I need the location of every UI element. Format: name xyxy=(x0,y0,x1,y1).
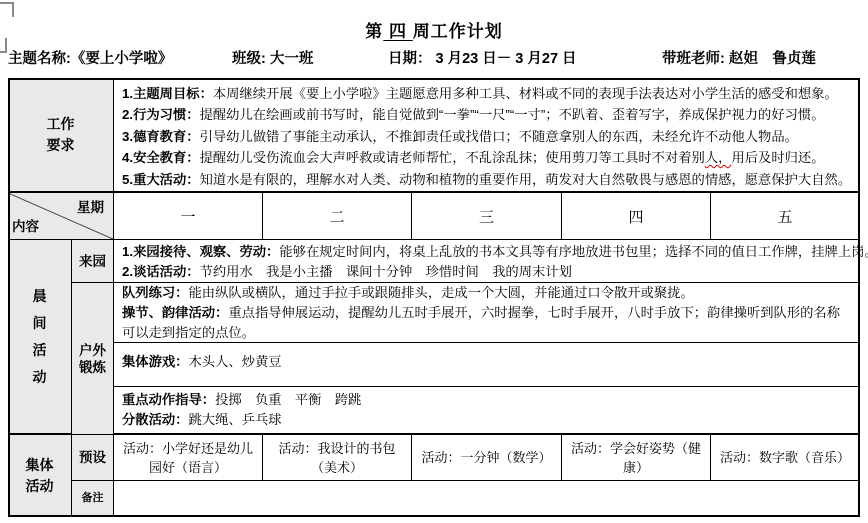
outdoor-label-line1: 户外 xyxy=(79,342,106,359)
drill-line: 队列练习：能由纵队或横队，通过手拉手或跟随排头，走成一个大圆，并能通过口令散开或… xyxy=(122,283,853,303)
arrival-line-2-label: 2.谈话活动： xyxy=(122,264,200,279)
preset-label-cell: 预设 xyxy=(72,435,114,481)
work-requirements-content-cell: 1.主题周目标：本周继续开展《要上小学啦》主题愿意用多种工具、材料或不同的表现手… xyxy=(114,78,860,193)
work-item-1: 1.主题周目标：本周继续开展《要上小学啦》主题愿意用多种工具、材料或不同的表现手… xyxy=(122,83,859,104)
rhythm-line: 操节、韵律活动：重点指导伸展运动，提醒幼儿五时手展开，六时握拳，七时手展开，八时… xyxy=(122,303,853,343)
work-item-5-text: 知道水是有限的，理解水对人类、动物和植物的重要作用，萌发对大自然敬畏与感恩的情感… xyxy=(200,172,852,187)
morning-char-2: 间 xyxy=(33,310,47,337)
rhythm-text: 重点指导伸展运动，提醒幼儿五时手展开，六时握拳，七时手展开，八时手放下；韵律操听… xyxy=(122,305,840,340)
work-item-4-label: 4.安全教育： xyxy=(122,150,200,165)
day-header-tue: 二 xyxy=(263,193,412,240)
key-action-line: 重点动作指导：投掷 负重 平衡 跨跳 xyxy=(122,390,859,410)
work-item-1-text: 本周继续开展《要上小学啦》主题愿意用多种工具、材料或不同的表现手法表达对小学生活… xyxy=(213,86,838,101)
rhythm-label: 操节、韵律活动： xyxy=(122,305,228,320)
group-label-line1: 集体 xyxy=(26,455,54,476)
work-item-4: 4.安全教育：提醒幼儿受伤流血会大声呼救或请老师帮忙，不乱涂乱抹；使用剪刀等工具… xyxy=(122,147,859,168)
work-item-1-label: 1.主题周目标： xyxy=(122,86,213,101)
theme-name: 主题名称:《要上小学啦》 xyxy=(8,47,172,69)
title-suffix: 周工作计划 xyxy=(413,22,503,41)
drill-label: 队列练习： xyxy=(122,285,188,300)
remark-content-cell xyxy=(114,481,860,517)
activity-cell-tue: 活动：我设计的书包（美术） xyxy=(263,435,412,481)
day-header-wed: 三 xyxy=(412,193,562,240)
class-name: 班级: 大一班 xyxy=(232,47,313,69)
work-item-3-text: 引导幼儿做错了事能主动承认，不推卸责任或找借口；不随意拿别人的东西，未经允许不动… xyxy=(200,129,798,144)
crop-mark-top-left xyxy=(0,2,14,17)
corner-week-label: 星期 xyxy=(77,196,104,216)
work-item-4-spellcheck: 人， xyxy=(705,150,732,165)
key-action-text: 投掷 负重 平衡 跨跳 xyxy=(215,392,361,407)
group-game-label: 集体游戏： xyxy=(122,354,188,369)
group-label-line2: 活动 xyxy=(26,476,54,497)
arrival-line-1: 1.来园接待、观察、劳动：能够在规定时间内，将桌上乱放的书本文具等有序地放进书包… xyxy=(122,242,859,262)
page-title: 第 四 周工作计划 xyxy=(0,17,868,42)
work-item-5-label: 5.重大活动： xyxy=(122,172,200,187)
activity-cell-fri: 活动：数字歌（音乐） xyxy=(711,435,860,481)
activity-cell-wed: 活动：一分钟（数学） xyxy=(412,435,562,481)
date-range: 日期： 3 月23 日－ 3 月27 日 xyxy=(388,47,577,69)
day-header-fri: 五 xyxy=(711,193,860,240)
drill-text: 能由纵队或横队，通过手拉手或跟随排头，走成一个大圆，并能通过口令散开或聚拢。 xyxy=(188,285,693,300)
morning-char-1: 晨 xyxy=(33,283,47,310)
group-game-line: 集体游戏：木头人、炒黄豆 xyxy=(122,352,859,372)
arrival-content-cell: 1.来园接待、观察、劳动：能够在规定时间内，将桌上乱放的书本文具等有序地放进书包… xyxy=(114,240,860,283)
work-item-4-text-after: 用后及时归还。 xyxy=(731,150,824,165)
day-header-thu: 四 xyxy=(562,193,711,240)
week-header-corner-cell: 星期 内容 xyxy=(8,193,114,240)
title-week-number: 四 xyxy=(383,22,412,41)
scatter-text: 跳大绳、乒乓球 xyxy=(188,412,281,427)
work-item-3-label: 3.德育教育： xyxy=(122,129,200,144)
outdoor-label-line2: 锻炼 xyxy=(79,359,106,376)
work-item-4-text: 提醒幼儿受伤流血会大声呼救或请老师帮忙，不乱涂乱抹；使用剪刀等工具时不对着别 xyxy=(200,150,705,165)
outdoor-label-cell: 户外 锻炼 xyxy=(72,283,114,435)
work-item-2: 2.行为习惯：提醒幼儿在绘画或前书写时，能自觉做到“一拳”“一尺”“一寸”；不趴… xyxy=(122,104,859,125)
work-label-line2: 要求 xyxy=(47,135,75,156)
key-action-label: 重点动作指导： xyxy=(122,392,215,407)
activity-cell-thu: 活动：学会好姿势（健康） xyxy=(562,435,711,481)
arrival-line-1-text: 能够在规定时间内，将桌上乱放的书本文具等有序地放进书包里；选择不同的值日工作牌，… xyxy=(279,244,868,259)
morning-activity-label-cell: 晨 间 活 动 xyxy=(8,240,72,435)
key-action-content-cell: 重点动作指导：投掷 负重 平衡 跨跳 分散活动：跳大绳、乒乓球 xyxy=(114,387,860,435)
work-item-2-text: 提醒幼儿在绘画或前书写时，能自觉做到“一拳”“一尺”“一寸”；不趴着、歪着写字，… xyxy=(200,107,825,122)
arrival-line-1-label: 1.来园接待、观察、劳动： xyxy=(122,244,279,259)
group-game-text: 木头人、炒黄豆 xyxy=(188,354,281,369)
arrival-line-2: 2.谈话活动：节约用水 我是小主播 课间十分钟 珍惜时间 我的周末计划 xyxy=(122,262,859,282)
morning-char-3: 活 xyxy=(33,337,47,364)
title-prefix: 第 xyxy=(365,22,383,41)
work-item-3: 3.德育教育：引导幼儿做错了事能主动承认，不推卸责任或找借口；不随意拿别人的东西… xyxy=(122,126,859,147)
remark-label-cell: 备注 xyxy=(72,481,114,517)
group-game-content-cell: 集体游戏：木头人、炒黄豆 xyxy=(114,343,860,387)
scatter-label: 分散活动： xyxy=(122,412,188,427)
work-item-2-label: 2.行为习惯： xyxy=(122,107,200,122)
morning-char-4: 动 xyxy=(33,364,47,391)
work-label-line1: 工作 xyxy=(47,114,75,135)
corner-content-label: 内容 xyxy=(12,215,39,235)
arrival-label-cell: 来园 xyxy=(72,240,114,283)
head-teachers: 带班老师: 赵妲 鲁贞莲 xyxy=(662,47,816,69)
scatter-line: 分散活动：跳大绳、乒乓球 xyxy=(122,410,859,430)
drill-content-cell: 队列练习：能由纵队或横队，通过手拉手或跟随排头，走成一个大圆，并能通过口令散开或… xyxy=(114,283,860,343)
day-header-mon: 一 xyxy=(114,193,263,240)
work-item-5: 5.重大活动：知道水是有限的，理解水对人类、动物和植物的重要作用，萌发对大自然敬… xyxy=(122,169,859,190)
activity-cell-mon: 活动：小学好还是幼儿园好（语言） xyxy=(114,435,263,481)
page-container: 第 四 周工作计划 主题名称:《要上小学啦》 班级: 大一班 日期： 3 月23… xyxy=(0,0,868,523)
work-requirements-label-cell: 工作 要求 xyxy=(8,78,114,193)
group-activity-label-cell: 集体 活动 xyxy=(8,435,72,517)
arrival-line-2-text: 节约用水 我是小主播 课间十分钟 珍惜时间 我的周末计划 xyxy=(200,264,572,279)
